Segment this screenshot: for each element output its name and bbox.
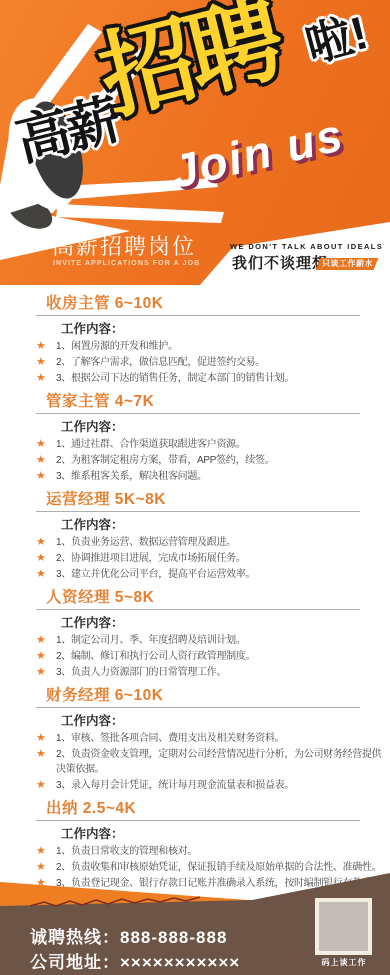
- job-item-text: 3、维系租客关系，解决租客问题。: [56, 469, 382, 484]
- job-item-text: 2、了解客户需求，做信息匹配，促进签约交易。: [56, 355, 382, 370]
- job-item-text: 1、负责业务运营、数据运营管理及跟进。: [56, 535, 382, 550]
- job-content-label: 工作内容：: [61, 420, 382, 435]
- star-icon: ★: [36, 339, 56, 354]
- address-value: ×××××××××××: [120, 953, 240, 972]
- job-item-text: 2、负责资金收支管理，定期对公司经营情况进行分析，为公司财务经营提供决策依据。: [56, 747, 382, 777]
- qr-code-placeholder: [315, 898, 372, 955]
- job-item: ★1、通过社群、合作渠道获取跟进客户资源。: [36, 437, 382, 452]
- job-section: 财务经理 6~10K 工作内容： ★1、审核、签批各项合同、费用支出及相关财务资…: [36, 688, 382, 793]
- job-content-label: 工作内容：: [61, 322, 382, 337]
- star-icon: ★: [36, 453, 56, 468]
- job-items: ★1、闲置房源的开发和维护。★2、了解客户需求，做信息匹配，促进签约交易。★3、…: [36, 339, 382, 386]
- star-icon: ★: [36, 747, 56, 777]
- job-content-label: 工作内容：: [61, 616, 382, 631]
- footer: 诚聘热线：888-888-888 公司地址：××××××××××× 码上谈工作: [0, 860, 390, 975]
- salary-badge-label: 只谈工作薪水: [322, 258, 373, 270]
- star-icon: ★: [36, 535, 56, 550]
- star-icon: ★: [36, 371, 56, 386]
- star-icon: ★: [36, 469, 56, 484]
- job-item: ★1、制定公司月、季、年度招聘及培训计划。: [36, 633, 382, 648]
- star-icon: ★: [36, 355, 56, 370]
- job-item-text: 2、协调推进项目进展，完成市场拓展任务。: [56, 551, 382, 566]
- hotline-number: 888-888-888: [120, 928, 227, 947]
- job-content-label: 工作内容：: [61, 714, 382, 729]
- job-content-label: 工作内容：: [61, 518, 382, 533]
- job-item-text: 3、负责人力资源部门的日常管理工作。: [56, 665, 382, 680]
- address-row: 公司地址：×××××××××××: [30, 948, 240, 973]
- job-item-text: 1、通过社群、合作渠道获取跟进客户资源。: [56, 437, 382, 452]
- salary-badge: 只谈工作薪水: [316, 258, 379, 270]
- job-item: ★3、根据公司下达的销售任务，制定本部门的销售计划。: [36, 371, 382, 386]
- job-item-text: 1、制定公司月、季、年度招聘及培训计划。: [56, 633, 382, 648]
- star-icon: ★: [36, 665, 56, 680]
- job-items: ★1、审核、签批各项合同、费用支出及相关财务资料。★2、负责资金收支管理，定期对…: [36, 731, 382, 793]
- star-icon: ★: [36, 844, 56, 859]
- qr-caption: 码上谈工作: [308, 957, 380, 968]
- job-item: ★3、录入每月会计凭证，统计每月现金流量表和损益表。: [36, 778, 382, 793]
- job-item: ★1、负责日常收支的管理和核对。: [36, 844, 382, 859]
- job-item-text: 1、闲置房源的开发和维护。: [56, 339, 382, 354]
- slogan-english: WE DON'T TALK ABOUT IDEALS: [230, 242, 383, 251]
- job-item-text: 1、负责日常收支的管理和核对。: [56, 844, 382, 859]
- job-item: ★1、审核、签批各项合同、费用支出及相关财务资料。: [36, 731, 382, 746]
- job-section: 人资经理 5~8K 工作内容： ★1、制定公司月、季、年度招聘及培训计划。★2、…: [36, 590, 382, 680]
- job-item: ★2、了解客户需求，做信息匹配，促进签约交易。: [36, 355, 382, 370]
- jobs-list: 收房主管 6~10K 工作内容： ★1、闲置房源的开发和维护。★2、了解客户需求…: [0, 288, 390, 914]
- job-item: ★2、协调推进项目进展，完成市场拓展任务。: [36, 551, 382, 566]
- job-content-label: 工作内容：: [61, 827, 382, 842]
- star-icon: ★: [36, 551, 56, 566]
- star-icon: ★: [36, 649, 56, 664]
- job-items: ★1、制定公司月、季、年度招聘及培训计划。★2、编制、修订和执行公司人资行政管理…: [36, 633, 382, 680]
- ribbon-title: 高薪招聘岗位: [52, 230, 196, 261]
- job-item-text: 2、编制、修订和执行公司人资行政管理制度。: [56, 649, 382, 664]
- job-item: ★2、负责资金收支管理，定期对公司经营情况进行分析，为公司财务经营提供决策依据。: [36, 747, 382, 777]
- job-title: 收房主管 6~10K: [36, 296, 360, 316]
- job-items: ★1、通过社群、合作渠道获取跟进客户资源。★2、为租客制定租房方案，带看，APP…: [36, 437, 382, 484]
- recruitment-poster: 高薪 招聘 啦! Join us 高薪招聘岗位 INVITE APPLICATI…: [0, 0, 390, 975]
- job-item: ★3、负责人力资源部门的日常管理工作。: [36, 665, 382, 680]
- slogan-chinese: 我们不谈理想: [232, 252, 328, 273]
- job-item: ★1、闲置房源的开发和维护。: [36, 339, 382, 354]
- job-item-text: 1、审核、签批各项合同、费用支出及相关财务资料。: [56, 731, 382, 746]
- job-title: 人资经理 5~8K: [36, 590, 360, 610]
- job-items: ★1、负责业务运营、数据运营管理及跟进。★2、协调推进项目进展，完成市场拓展任务…: [36, 535, 382, 582]
- job-item-text: 3、根据公司下达的销售任务，制定本部门的销售计划。: [56, 371, 382, 386]
- job-title: 管家主管 4~7K: [36, 394, 360, 414]
- star-icon: ★: [36, 778, 56, 793]
- job-title: 出纳 2.5~4K: [36, 801, 360, 821]
- job-item: ★1、负责业务运营、数据运营管理及跟进。: [36, 535, 382, 550]
- address-label: 公司地址：: [30, 953, 120, 972]
- star-icon: ★: [36, 731, 56, 746]
- job-section: 管家主管 4~7K 工作内容： ★1、通过社群、合作渠道获取跟进客户资源。★2、…: [36, 394, 382, 484]
- job-title: 运营经理 5K~8K: [36, 492, 360, 512]
- banner: 高薪 招聘 啦! Join us 高薪招聘岗位 INVITE APPLICATI…: [0, 0, 390, 285]
- star-icon: ★: [36, 567, 56, 582]
- job-item: ★3、建立并优化公司平台，提高平台运营效率。: [36, 567, 382, 582]
- job-section: 收房主管 6~10K 工作内容： ★1、闲置房源的开发和维护。★2、了解客户需求…: [36, 296, 382, 386]
- hotline-label: 诚聘热线：: [30, 928, 120, 947]
- hotline-row: 诚聘热线：888-888-888: [30, 923, 227, 948]
- job-item-text: 3、录入每月会计凭证，统计每月现金流量表和损益表。: [56, 778, 382, 793]
- job-title: 财务经理 6~10K: [36, 688, 360, 708]
- job-item: ★2、编制、修订和执行公司人资行政管理制度。: [36, 649, 382, 664]
- ribbon-subtitle: INVITE APPLICATIONS FOR A JOB: [53, 260, 200, 267]
- job-item-text: 3、建立并优化公司平台，提高平台运营效率。: [56, 567, 382, 582]
- star-icon: ★: [36, 437, 56, 452]
- job-item-text: 2、为租客制定租房方案，带看，APP签约，续签。: [56, 453, 382, 468]
- job-section: 运营经理 5K~8K 工作内容： ★1、负责业务运营、数据运营管理及跟进。★2、…: [36, 492, 382, 582]
- job-item: ★2、为租客制定租房方案，带看，APP签约，续签。: [36, 453, 382, 468]
- star-icon: ★: [36, 633, 56, 648]
- job-item: ★3、维系租客关系，解决租客问题。: [36, 469, 382, 484]
